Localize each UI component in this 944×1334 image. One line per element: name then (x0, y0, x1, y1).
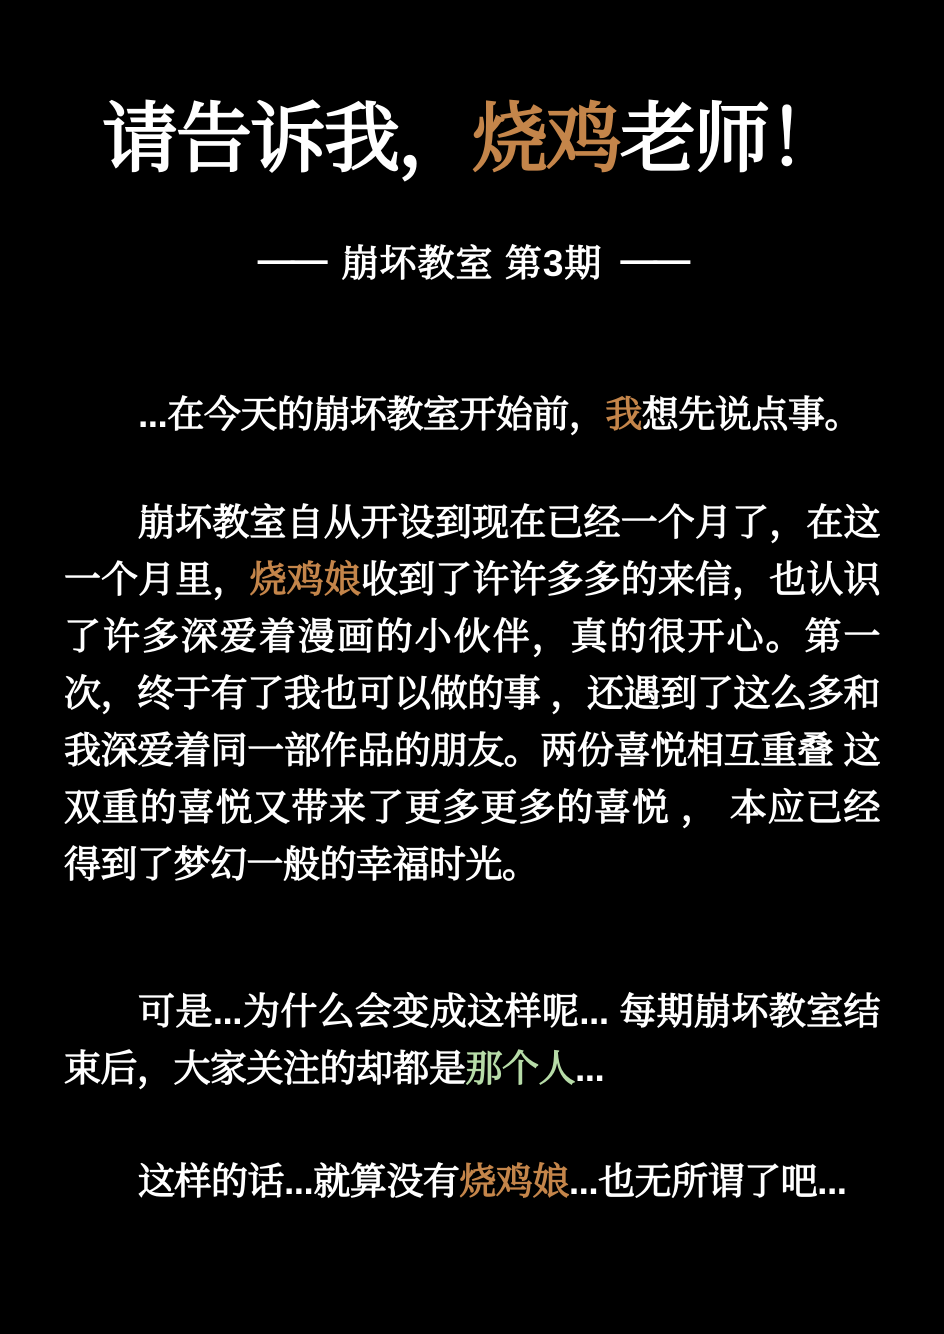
title-text-left: 请告诉我， (102, 97, 472, 182)
paragraph-intro-text: ...在今天的崩坏教室开始前， (138, 394, 605, 435)
body-text: ...在今天的崩坏教室开始前，我想先说点事。 崩坏教室自从开设到现在已经一个月了… (0, 387, 944, 1212)
title-text-right: 老师！ (620, 97, 842, 182)
paragraph-closing-text-end: ...也无所谓了吧... (569, 1161, 847, 1202)
poster-page: 请告诉我，烧鸡老师！ ——崩坏教室 第3期—— ...在今天的崩坏教室开始前，我… (0, 0, 944, 1334)
paragraph-main-highlight-shaojiniang: 烧鸡娘 (250, 559, 361, 600)
page-title: 请告诉我，烧鸡老师！ (0, 98, 944, 182)
paragraph-closing-text: 这样的话...就算没有 (138, 1161, 459, 1202)
paragraph-closing: 这样的话...就算没有烧鸡娘...也无所谓了吧... (64, 1154, 880, 1211)
paragraph-however-highlight-that-person: 那个人 (466, 1048, 576, 1089)
paragraph-intro-highlight-me: 我 (605, 394, 642, 435)
paragraph-however: 可是...为什么会变成这样呢... 每期崩坏教室结束后，大家关注的却都是那个人.… (64, 984, 880, 1098)
title-highlight-shaoji: 烧鸡 (472, 97, 620, 182)
paragraph-intro: ...在今天的崩坏教室开始前，我想先说点事。 (64, 387, 880, 444)
paragraph-main: 崩坏教室自从开设到现在已经一个月了，在这一个月里，烧鸡娘收到了许许多多的来信，也… (64, 495, 880, 894)
paragraph-closing-highlight-shaojiniang: 烧鸡娘 (459, 1161, 569, 1202)
subtitle-dash-right: —— (620, 239, 686, 281)
paragraph-intro-text-end: 想先说点事。 (642, 394, 861, 435)
subtitle: ——崩坏教室 第3期—— (0, 233, 944, 287)
subtitle-dash-left: —— (258, 239, 324, 281)
paragraph-main-text-end: 收到了许许多多的来信，也认识了许多深爱着漫画的小伙伴，真的很开心。第一次，终于有… (64, 559, 880, 885)
paragraph-however-text-end: ... (575, 1048, 604, 1089)
subtitle-text: 崩坏教室 第3期 (342, 243, 603, 284)
